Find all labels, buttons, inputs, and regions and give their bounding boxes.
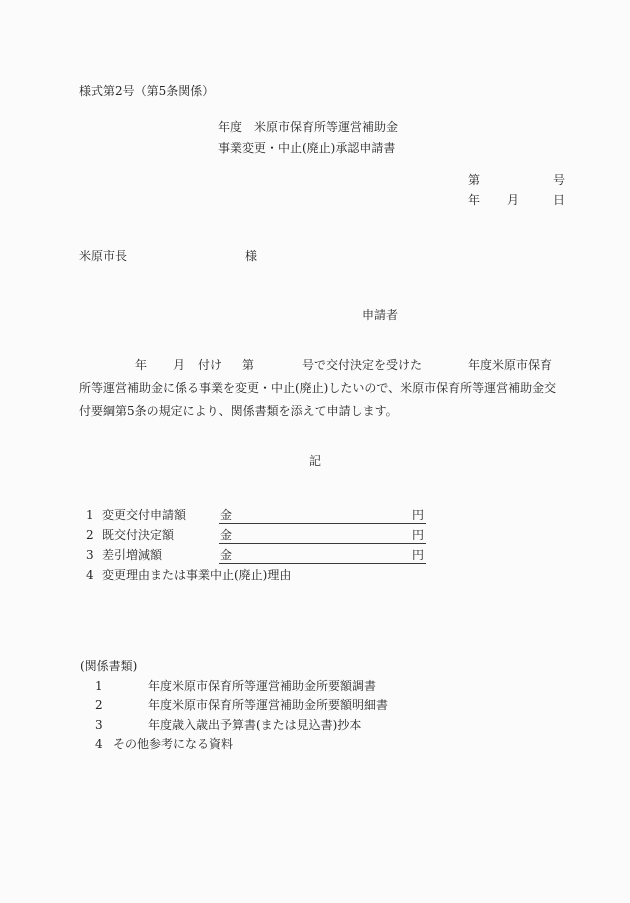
item-label: 既交付決定額 (102, 528, 174, 543)
amount-prefix: 金 (220, 528, 232, 543)
amount-suffix: 円 (412, 508, 424, 523)
attachment-row: 1 年度米原市保育所等運営補助金所要額調書 (0, 679, 630, 694)
item-row: 1 変更交付申請額 金 円 (0, 508, 630, 523)
attachment-number: 4 (95, 737, 103, 752)
document-title-line-2: 事業変更・中止(廃止)承認申請書 (218, 141, 395, 156)
attachment-row: 4 その他参考になる資料 (0, 737, 630, 752)
item-row: 4 変更理由または事業中止(廃止)理由 (0, 568, 630, 583)
addressee-name: 米原市長 (79, 249, 127, 264)
doc-number-suffix: 号 (553, 173, 565, 188)
attachment-number: 1 (95, 679, 103, 694)
attachment-row: 3 年度歳入歳出予算書(または見込書)抄本 (0, 718, 630, 733)
item-number: 2 (86, 528, 94, 543)
item-row: 2 既交付決定額 金 円 (0, 528, 630, 543)
body-line1-dated-label: 付け (198, 358, 222, 373)
document-page: 様式第2号（第5条関係） 年度 米原市保育所等運営補助金 事業変更・中止(廃止)… (0, 0, 630, 903)
document-title-line-1: 年度 米原市保育所等運営補助金 (218, 120, 398, 135)
amount-field: 金 円 (219, 508, 426, 524)
body-line1-month-label: 月 (173, 358, 185, 373)
item-label: 変更交付申請額 (102, 508, 186, 523)
doc-number-prefix: 第 (468, 173, 480, 188)
date-year-label: 年 (468, 193, 480, 208)
body-line1-decision-text: 号で交付決定を受けた (302, 358, 422, 373)
attachments-header: (関係書類) (80, 659, 137, 674)
item-label: 差引増減額 (102, 548, 162, 563)
body-line-2: 所等運営補助金に係る事業を変更・中止(廃止)したいので、米原市保育所等運営補助金… (79, 381, 556, 396)
attachment-row: 2 年度米原市保育所等運営補助金所要額明細書 (0, 698, 630, 713)
attachment-label: 年度歳入歳出予算書(または見込書)抄本 (148, 718, 361, 733)
attachment-number: 2 (95, 698, 103, 713)
amount-suffix: 円 (412, 528, 424, 543)
date-day-label: 日 (553, 193, 565, 208)
amount-field: 金 円 (219, 528, 426, 544)
addressee-honorific: 様 (245, 249, 257, 264)
amount-prefix: 金 (220, 548, 232, 563)
amount-prefix: 金 (220, 508, 232, 523)
item-row: 3 差引増減額 金 円 (0, 548, 630, 563)
body-line-3: 付要綱第5条の規定により、関係書類を添えて申請します。 (79, 404, 398, 419)
attachment-number: 3 (95, 718, 103, 733)
attachment-label: 年度米原市保育所等運営補助金所要額調書 (148, 679, 376, 694)
item-label: 変更理由または事業中止(廃止)理由 (102, 568, 291, 583)
applicant-label: 申請者 (362, 308, 398, 323)
form-number-label: 様式第2号（第5条関係） (79, 84, 214, 99)
date-month-label: 月 (507, 193, 519, 208)
item-number: 1 (86, 508, 94, 523)
item-number: 4 (86, 568, 94, 583)
body-line1-year-label: 年 (135, 358, 147, 373)
attachment-label: 年度米原市保育所等運営補助金所要額明細書 (148, 698, 388, 713)
body-line1-fiscalyear-text: 年度米原市保育 (468, 358, 552, 373)
attachment-label: その他参考になる資料 (113, 737, 233, 752)
item-number: 3 (86, 548, 94, 563)
amount-field: 金 円 (219, 548, 426, 564)
section-marker: 記 (0, 454, 630, 469)
body-line1-number-prefix: 第 (242, 358, 254, 373)
amount-suffix: 円 (412, 548, 424, 563)
